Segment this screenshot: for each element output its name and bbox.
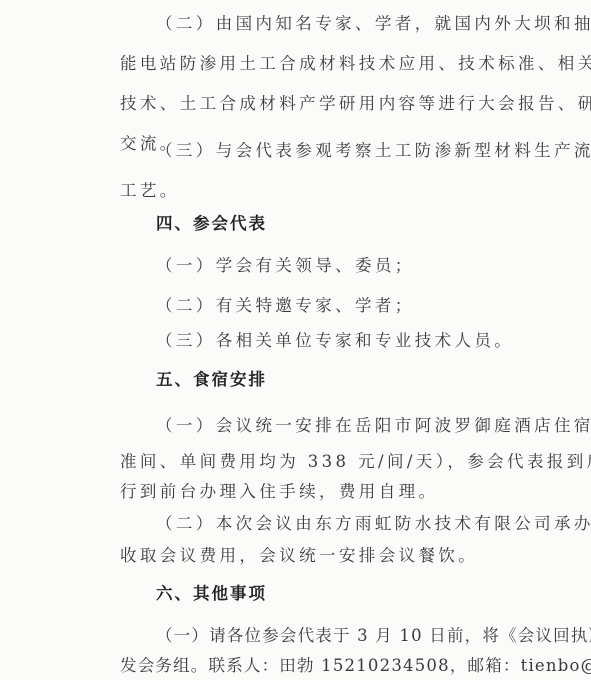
paragraph-line: （二）由国内知名专家、学者，就国内外大坝和抽水蓄: [156, 14, 591, 34]
paragraph-line: 能电站防渗用土工合成材料技术应用、技术标准、相关专利: [120, 54, 591, 74]
paragraph-line: 收取会议费用，会议统一安排会议餐饮。: [120, 546, 478, 566]
paragraph-line: 行到前台办理入住手续，费用自理。: [120, 482, 438, 502]
paragraph-line: 准间、单间费用均为 338 元/间/天），参会代表报到后，自: [120, 452, 591, 472]
list-item: （一）学会有关领导、委员；: [156, 256, 415, 276]
section-heading: 四、参会代表: [156, 214, 267, 234]
paragraph-line: （三）与会代表参观考察土工防渗新型材料生产流程和: [156, 141, 591, 161]
list-item: （二）有关特邀专家、学者；: [156, 296, 415, 316]
section-heading: 六、其他事项: [156, 584, 267, 604]
list-item: （三）各相关单位专家和专业技术人员。: [156, 331, 514, 351]
contact-line: 发会务组。联系人：田勃 15210234508，邮箱：tienbo@163.co…: [120, 656, 591, 676]
paragraph-line: （一）会议统一安排在岳阳市阿波罗御庭酒店住宿（标: [156, 416, 591, 436]
paragraph-line: （二）本次会议由东方雨虹防水技术有限公司承办，不: [156, 514, 591, 534]
paragraph-line: 技术、土工合成材料产学研用内容等进行大会报告、研讨和: [120, 94, 591, 114]
section-heading: 五、食宿安排: [156, 370, 267, 390]
paragraph-line: 工艺。: [120, 181, 180, 201]
paragraph-line: （一）请各位参会代表于 3 月 10 日前，将《会议回执》: [156, 626, 591, 646]
